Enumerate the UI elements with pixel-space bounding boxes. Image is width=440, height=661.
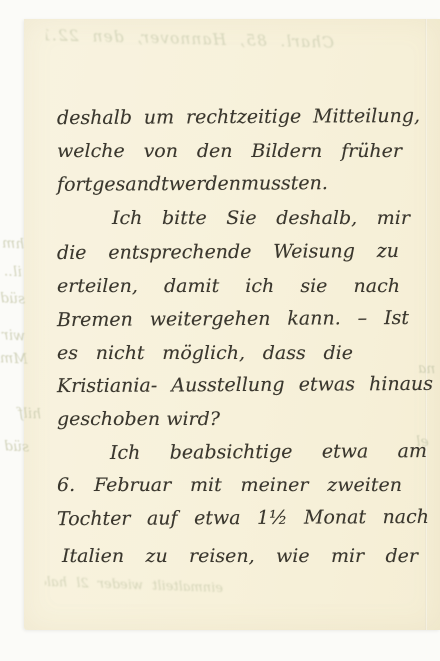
letter-paper bbox=[24, 19, 440, 630]
bleedthrough-mark: süd bbox=[0, 290, 26, 307]
bleedthrough-mark: wir bbox=[2, 327, 26, 344]
bleedthrough-mark: il.. bbox=[4, 264, 23, 281]
paper-crease-line bbox=[425, 19, 427, 630]
bleedthrough-mark: hm bbox=[2, 235, 25, 252]
scanned-letter-page: { "page": { "background_color": "#fbfbf8… bbox=[0, 0, 440, 661]
